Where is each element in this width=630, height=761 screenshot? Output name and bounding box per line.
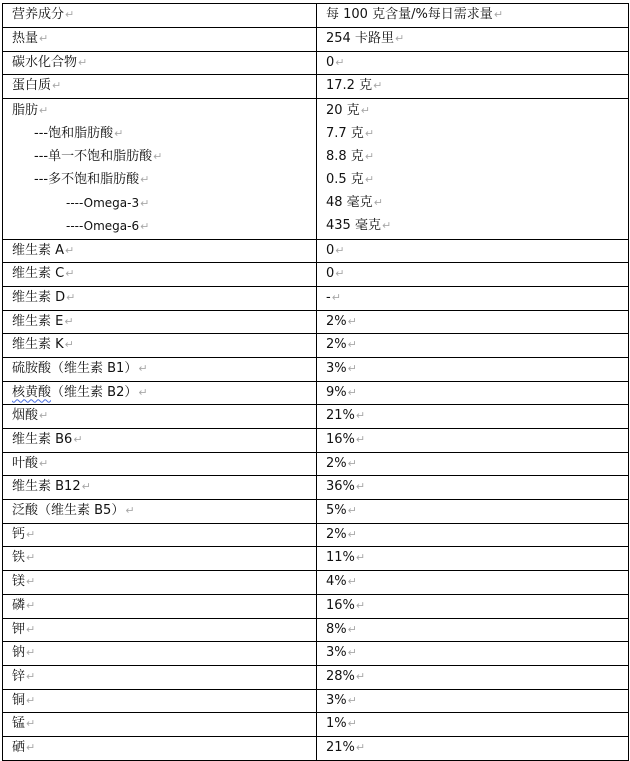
nutrient-text: 维生素 B6 [12,432,72,447]
paragraph-mark-icon: ↵ [39,32,48,45]
paragraph-mark-icon: ↵ [348,575,357,588]
nutrient-text: 硫胺酸（维生素 B1） [12,361,137,376]
paragraph-mark-icon: ↵ [39,104,48,117]
paragraph-mark-icon: ↵ [335,267,344,280]
nutrient-text: 核黄酸（维生素 B2） [12,385,137,400]
value-cell[interactable]: 1%↵ [317,713,629,737]
header-value-cell[interactable]: 每 100 克含量/%每日需求量↵ [317,4,629,28]
nutrition-table: 营养成分↵ 每 100 克含量/%每日需求量↵ 热量↵254 卡路里↵碳水化合物… [2,3,629,758]
nutrient-text: 铜 [12,693,25,708]
value-cell[interactable]: 3%↵ [317,357,629,381]
table-row: 核黄酸（维生素 B2）↵9%↵ [3,381,629,405]
nutrient-text: 维生素 A [12,243,64,258]
fat-line-nutrient: ---单一不饱和脂肪酸↵ [12,146,316,169]
fat-line-nutrient: 脂肪↵ [12,100,316,123]
paragraph-mark-icon: ↵ [140,220,149,233]
nutrient-text: 蛋白质 [12,78,51,93]
value-text: 0 [326,266,334,281]
paragraph-mark-icon: ↵ [395,32,404,45]
table-row: 锌↵28%↵ [3,665,629,689]
nutrient-text: 镁 [12,574,25,589]
header-value: 每 100 克含量/%每日需求量 [326,7,493,22]
value-cell[interactable]: 9%↵ [317,381,629,405]
nutrient-text: 泛酸（维生素 B5） [12,503,124,518]
value-text: 20 克 [326,103,360,118]
value-text: 21% [326,408,355,423]
nutrient-cell[interactable]: 钙↵ [3,523,317,547]
nutrient-cell[interactable]: 磷↵ [3,594,317,618]
nutrient-cell[interactable]: 硒↵ [3,736,317,758]
value-text: 435 毫克 [326,218,381,233]
nutrient-text: 维生素 K [12,337,64,352]
value-cell[interactable]: 4%↵ [317,571,629,595]
value-text: 17.2 克 [326,78,372,93]
value-text: 8.8 克 [326,149,364,164]
nutrient-cell[interactable]: 维生素 D↵ [3,286,317,310]
value-text: 0 [326,243,334,258]
paragraph-mark-icon: ↵ [356,741,365,754]
value-text: 0 [326,55,334,70]
paragraph-mark-icon: ↵ [140,173,149,186]
paragraph-mark-icon: ↵ [114,127,123,140]
paragraph-mark-icon: ↵ [348,504,357,517]
nutrient-cell[interactable]: 维生素 C↵ [3,263,317,287]
paragraph-mark-icon: ↵ [356,480,365,493]
paragraph-mark-icon: ↵ [125,504,134,517]
paragraph-mark-icon: ↵ [52,79,61,92]
value-text: 2% [326,456,347,471]
value-cell[interactable]: 2%↵ [317,310,629,334]
table-row: 钾↵8%↵ [3,618,629,642]
nutrient-cell[interactable]: 维生素 A↵ [3,239,317,263]
nutrient-text: 脂肪 [12,103,38,118]
fat-nutrients-cell[interactable]: 脂肪↵---饱和脂肪酸↵---单一不饱和脂肪酸↵---多不饱和脂肪酸↵----O… [3,98,317,239]
table-row: 锰↵1%↵ [3,713,629,737]
value-text: 8% [326,622,347,637]
paragraph-mark-icon: ↵ [335,244,344,257]
value-text: 2% [326,527,347,542]
fat-values-cell[interactable]: 20 克↵7.7 克↵8.8 克↵0.5 克↵48 毫克↵435 毫克↵ [317,98,629,239]
nutrient-text: 维生素 B12 [12,479,81,494]
value-text: 0.5 克 [326,172,364,187]
table-row: 碳水化合物↵0↵ [3,51,629,75]
paragraph-mark-icon: ↵ [65,244,74,257]
paragraph-mark-icon: ↵ [26,551,35,564]
paragraph-mark-icon: ↵ [348,646,357,659]
paragraph-mark-icon: ↵ [374,196,383,209]
value-text: 11% [326,550,355,565]
paragraph-mark-icon: ↵ [26,694,35,707]
value-text: 16% [326,598,355,613]
table-row: 叶酸↵2%↵ [3,452,629,476]
paragraph-mark-icon: ↵ [65,8,74,21]
nutrient-text: 磷 [12,598,25,613]
value-cell[interactable]: 16%↵ [317,594,629,618]
paragraph-mark-icon: ↵ [348,386,357,399]
nutrient-text: 钾 [12,622,25,637]
value-text: 9% [326,385,347,400]
nutrient-cell[interactable]: 维生素 K↵ [3,334,317,358]
nutrient-cell[interactable]: 锰↵ [3,713,317,737]
nutrient-text: ---饱和脂肪酸 [34,126,113,141]
nutrient-cell[interactable]: 核黄酸（维生素 B2）↵ [3,381,317,405]
value-text: 254 卡路里 [326,31,394,46]
nutrient-cell[interactable]: 钾↵ [3,618,317,642]
fat-line-value: 8.8 克↵ [326,146,628,169]
fat-line-nutrient: ----Omega-6↵ [12,215,316,238]
paragraph-mark-icon: ↵ [78,56,87,69]
table-row: 维生素 E↵2%↵ [3,310,629,334]
table-row: 维生素 C↵0↵ [3,263,629,287]
value-cell[interactable]: 0↵ [317,263,629,287]
value-cell[interactable]: 2%↵ [317,452,629,476]
value-cell[interactable]: 3%↵ [317,642,629,666]
paragraph-mark-icon: ↵ [138,386,147,399]
nutrient-text: 锰 [12,716,25,731]
paragraph-mark-icon: ↵ [39,409,48,422]
paragraph-mark-icon: ↵ [332,291,341,304]
nutrient-cell[interactable]: 维生素 B12↵ [3,476,317,500]
paragraph-mark-icon: ↵ [382,219,391,232]
paragraph-mark-icon: ↵ [494,8,503,21]
value-text: 3% [326,693,347,708]
nutrient-cell[interactable]: 维生素 E↵ [3,310,317,334]
nutrient-cell[interactable]: 锌↵ [3,665,317,689]
nutrient-text: 烟酸 [12,408,38,423]
table-row: 铜↵3%↵ [3,689,629,713]
paragraph-mark-icon: ↵ [356,551,365,564]
nutrient-text: 碳水化合物 [12,55,77,70]
value-cell[interactable]: 21%↵ [317,405,629,429]
value-cell[interactable]: 36%↵ [317,476,629,500]
value-text: 1% [326,716,347,731]
paragraph-mark-icon: ↵ [26,623,35,636]
nutrient-text: ----Omega-3 [66,196,139,210]
fat-line-nutrient: ----Omega-3↵ [12,192,316,215]
fat-line-nutrient: ---多不饱和脂肪酸↵ [12,169,316,192]
paragraph-mark-icon: ↵ [356,433,365,446]
fat-line-value: 435 毫克↵ [326,215,628,238]
paragraph-mark-icon: ↵ [361,104,370,117]
fat-line-value: 0.5 克↵ [326,169,628,192]
value-text: 4% [326,574,347,589]
table-row: 维生素 A↵0↵ [3,239,629,263]
paragraph-mark-icon: ↵ [348,362,357,375]
nutrient-cell[interactable]: 烟酸↵ [3,405,317,429]
nutrient-cell[interactable]: 铜↵ [3,689,317,713]
paragraph-mark-icon: ↵ [26,528,35,541]
value-text: 48 毫克 [326,195,373,210]
value-cell[interactable]: 0↵ [317,239,629,263]
nutrient-text: 钠 [12,645,25,660]
table-row: 磷↵16%↵ [3,594,629,618]
nutrient-cell[interactable]: 泛酸（维生素 B5）↵ [3,500,317,524]
paragraph-mark-icon: ↵ [356,670,365,683]
paragraph-mark-icon: ↵ [348,528,357,541]
fat-line-value: 20 克↵ [326,100,628,123]
fat-line-value: 7.7 克↵ [326,123,628,146]
value-cell[interactable]: 2%↵ [317,334,629,358]
paragraph-mark-icon: ↵ [66,291,75,304]
paragraph-mark-icon: ↵ [365,150,374,163]
value-cell[interactable]: 17.2 克↵ [317,75,629,99]
table-row: 硫胺酸（维生素 B1）↵3%↵ [3,357,629,381]
table-row: 维生素 B12↵36%↵ [3,476,629,500]
value-text: 28% [326,669,355,684]
nutrient-text: ---单一不饱和脂肪酸 [34,149,152,164]
nutrient-cell[interactable]: 镁↵ [3,571,317,595]
table-row: 蛋白质↵17.2 克↵ [3,75,629,99]
nutrient-cell[interactable]: 硫胺酸（维生素 B1）↵ [3,357,317,381]
nutrient-cell[interactable]: 叶酸↵ [3,452,317,476]
value-cell[interactable]: 16%↵ [317,429,629,453]
nutrient-text: ----Omega-6 [66,219,139,233]
value-text: 2% [326,337,347,352]
value-cell[interactable]: 8%↵ [317,618,629,642]
paragraph-mark-icon: ↵ [82,480,91,493]
paragraph-mark-icon: ↵ [365,173,374,186]
paragraph-mark-icon: ↵ [153,150,162,163]
value-cell[interactable]: 3%↵ [317,689,629,713]
nutrient-text: 热量 [12,31,38,46]
paragraph-mark-icon: ↵ [365,127,374,140]
nutrient-cell[interactable]: 维生素 B6↵ [3,429,317,453]
paragraph-mark-icon: ↵ [26,575,35,588]
spellcheck-underline: 核黄酸 [12,385,51,400]
value-text: - [326,290,331,305]
table-row: 钙↵2%↵ [3,523,629,547]
table-row: 维生素 B6↵16%↵ [3,429,629,453]
table-row: 钠↵3%↵ [3,642,629,666]
value-cell[interactable]: 21%↵ [317,736,629,758]
value-cell[interactable]: 2%↵ [317,523,629,547]
paragraph-mark-icon: ↵ [348,717,357,730]
header-nutrient-cell[interactable]: 营养成分↵ [3,4,317,28]
value-cell[interactable]: 11%↵ [317,547,629,571]
paragraph-mark-icon: ↵ [348,694,357,707]
paragraph-mark-icon: ↵ [65,267,74,280]
nutrient-cell[interactable]: 碳水化合物↵ [3,51,317,75]
value-text: 7.7 克 [326,126,364,141]
table-row: 泛酸（维生素 B5）↵5%↵ [3,500,629,524]
nutrient-text: ---多不饱和脂肪酸 [34,172,139,187]
nutrient-text: 维生素 C [12,266,64,281]
paragraph-mark-icon: ↵ [26,599,35,612]
paragraph-mark-icon: ↵ [138,362,147,375]
nutrient-cell[interactable]: 钠↵ [3,642,317,666]
value-cell[interactable]: -↵ [317,286,629,310]
paragraph-mark-icon: ↵ [140,197,149,210]
table-row: 烟酸↵21%↵ [3,405,629,429]
fat-line-value: 48 毫克↵ [326,192,628,215]
value-text: 21% [326,740,355,755]
paragraph-mark-icon: ↵ [348,623,357,636]
value-text: 5% [326,503,347,518]
table-header-row: 营养成分↵ 每 100 克含量/%每日需求量↵ [3,4,629,28]
table-row: 镁↵4%↵ [3,571,629,595]
value-cell[interactable]: 28%↵ [317,665,629,689]
value-cell[interactable]: 0↵ [317,51,629,75]
nutrient-text: 锌 [12,669,25,684]
paragraph-mark-icon: ↵ [64,315,73,328]
paragraph-mark-icon: ↵ [356,599,365,612]
paragraph-mark-icon: ↵ [373,79,382,92]
nutrient-text: 维生素 E [12,314,63,329]
value-text: 16% [326,432,355,447]
paragraph-mark-icon: ↵ [335,56,344,69]
header-nutrient: 营养成分 [12,7,64,22]
paragraph-mark-icon: ↵ [348,338,357,351]
nutrient-text: 硒 [12,740,25,755]
value-cell[interactable]: 5%↵ [317,500,629,524]
value-text: 3% [326,361,347,376]
table-row: 维生素 K↵2%↵ [3,334,629,358]
nutrient-cell[interactable]: 蛋白质↵ [3,75,317,99]
table-row: 维生素 D↵-↵ [3,286,629,310]
table-row: 铁↵11%↵ [3,547,629,571]
nutrient-text: 钙 [12,527,25,542]
paragraph-mark-icon: ↵ [26,717,35,730]
paragraph-mark-icon: ↵ [356,409,365,422]
paragraph-mark-icon: ↵ [26,741,35,754]
value-text: 36% [326,479,355,494]
nutrient-text: 维生素 D [12,290,65,305]
table-row: 硒↵21%↵ [3,736,629,758]
value-text: 3% [326,645,347,660]
paragraph-mark-icon: ↵ [348,457,357,470]
fat-line-nutrient: ---饱和脂肪酸↵ [12,123,316,146]
paragraph-mark-icon: ↵ [348,315,357,328]
paragraph-mark-icon: ↵ [39,457,48,470]
nutrient-text: 铁 [12,550,25,565]
paragraph-mark-icon: ↵ [26,670,35,683]
paragraph-mark-icon: ↵ [26,646,35,659]
nutrient-cell[interactable]: 铁↵ [3,547,317,571]
paragraph-mark-icon: ↵ [73,433,82,446]
value-text: 2% [326,314,347,329]
nutrient-text: 叶酸 [12,456,38,471]
table-row: 热量↵254 卡路里↵ [3,28,629,52]
fat-block-row: 脂肪↵---饱和脂肪酸↵---单一不饱和脂肪酸↵---多不饱和脂肪酸↵----O… [3,98,629,239]
value-cell[interactable]: 254 卡路里↵ [317,28,629,52]
paragraph-mark-icon: ↵ [65,338,74,351]
nutrient-cell[interactable]: 热量↵ [3,28,317,52]
